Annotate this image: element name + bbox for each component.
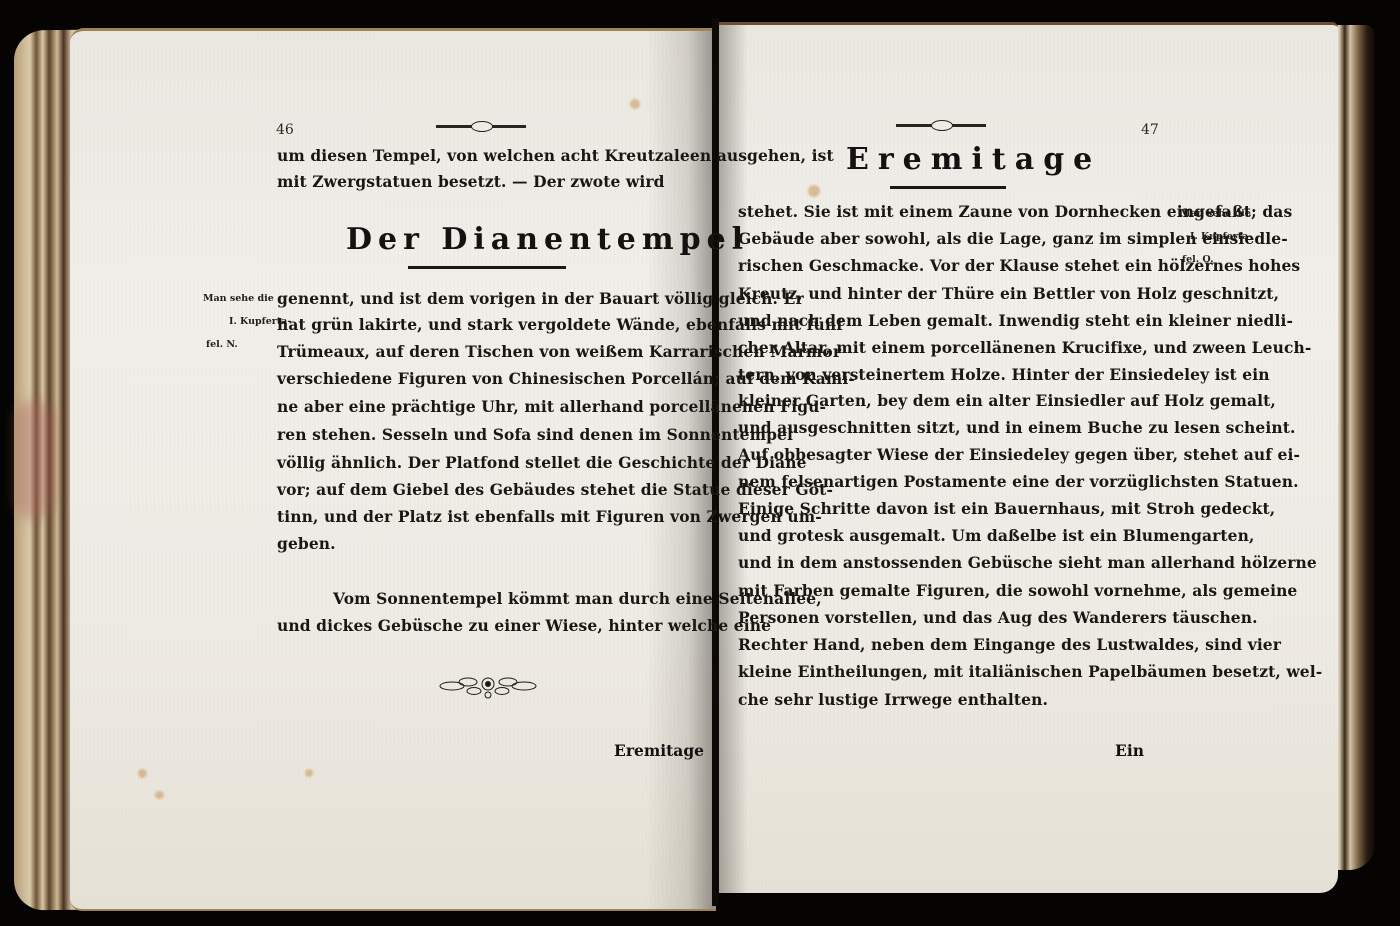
- header-ornament-rule: [436, 125, 526, 128]
- text-line: kleine Eintheilungen, mit italiänischen …: [738, 659, 1156, 685]
- text-line: mit Farben gemalte Figuren, die sowohl v…: [738, 578, 1156, 604]
- text-line: Einige Schritte davon ist ein Bauernhaus…: [738, 496, 1156, 522]
- text-line: verschiedene Figuren von Chinesischen Po…: [277, 366, 693, 392]
- foxing-spot: [630, 99, 640, 109]
- text-line: che sehr lustige Irrwege enthalten.: [738, 687, 1048, 713]
- text-line: Kreutz, und hinter der Thüre ein Bettler…: [738, 281, 1156, 307]
- text-line: Trümeaux, auf deren Tischen von weißem K…: [277, 339, 693, 365]
- text-line: hat grün lakirte, und stark vergoldete W…: [277, 312, 693, 338]
- text-line: Auf obbesagter Wiese der Einsiedeley geg…: [738, 442, 1156, 468]
- text-line: und dickes Gebüsche zu einer Wiese, hint…: [277, 613, 771, 639]
- page-number-left: 46: [276, 122, 294, 138]
- text-line: Vom Sonnentempel kömmt man durch eine Se…: [333, 586, 693, 612]
- text-line: um diesen Tempel, von welchen acht Kreut…: [277, 143, 693, 169]
- text-line: und grotesk ausgemalt. Um daßelbe ist ei…: [738, 523, 1156, 549]
- red-stain: [14, 400, 54, 520]
- ornament-knot-icon: [931, 120, 953, 131]
- foxing-spot: [138, 769, 147, 778]
- foxing-spot: [155, 791, 164, 799]
- ornament-knot-icon: [471, 121, 493, 132]
- foxing-spot: [808, 185, 820, 197]
- text-line: rischen Geschmacke. Vor der Klause stehe…: [738, 253, 1156, 279]
- catchword-right: Ein: [1115, 741, 1144, 760]
- text-line: nem felsenartigen Postamente eine der vo…: [738, 469, 1156, 495]
- text-line: Personen vorstellen, und das Aug des Wan…: [738, 605, 1156, 631]
- floral-ornament-icon: [438, 670, 538, 700]
- foxing-spot: [305, 769, 313, 777]
- text-line: ne aber eine prächtige Uhr, mit allerhan…: [277, 394, 693, 420]
- text-line: und ausgeschnitten sitzt, und in einem B…: [738, 415, 1156, 441]
- section-heading-eremitage: Eremitage: [846, 142, 1101, 177]
- catchword-left: Eremitage: [614, 741, 704, 760]
- open-book: 46 um diesen Tempel, von welchen acht Kr…: [0, 0, 1400, 926]
- text-line: Rechter Hand, neben dem Eingange des Lus…: [738, 632, 1156, 658]
- text-line: genennt, und ist dem vorigen in der Baua…: [277, 286, 693, 312]
- page-number-right: 47: [1141, 122, 1159, 138]
- header-ornament-rule: [896, 124, 986, 127]
- text-line: tern, von versteinertem Holze. Hinter de…: [738, 362, 1156, 388]
- text-line: stehet. Sie ist mit einem Zaune von Dorn…: [738, 199, 1156, 225]
- text-line: ren stehen. Sesseln und Sofa sind denen …: [277, 422, 693, 448]
- section-heading-dianentempel: Der Dianentempel: [346, 222, 749, 257]
- heading-underline: [890, 186, 1006, 189]
- heading-underline: [408, 266, 566, 269]
- text-line: geben.: [277, 531, 336, 557]
- text-line: tinn, und der Platz ist ebenfalls mit Fi…: [277, 504, 693, 530]
- text-line: vor; auf dem Giebel des Gebäudes stehet …: [277, 477, 693, 503]
- text-line: mit Zwergstatuen besetzt. — Der zwote wi…: [277, 169, 665, 195]
- text-line: völlig ähnlich. Der Platfond stellet die…: [277, 450, 693, 476]
- text-line: cher Altar, mit einem porcellänenen Kruc…: [738, 335, 1156, 361]
- text-line: kleiner Garten, bey dem ein alter Einsie…: [738, 388, 1156, 414]
- text-line: und nach dem Leben gemalt. Inwendig steh…: [738, 308, 1156, 334]
- text-line: Gebäude aber sowohl, als die Lage, ganz …: [738, 226, 1156, 252]
- text-line: und in dem anstossenden Gebüsche sieht m…: [738, 550, 1156, 576]
